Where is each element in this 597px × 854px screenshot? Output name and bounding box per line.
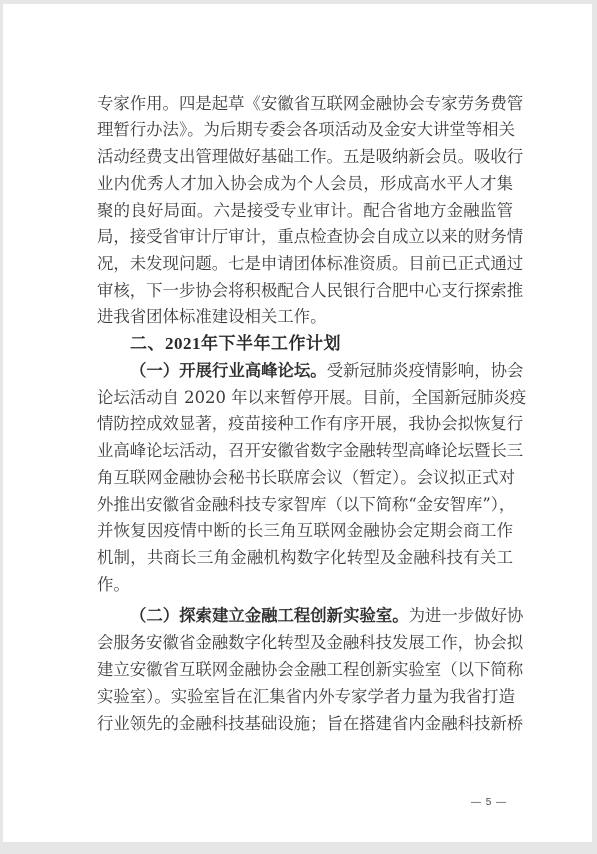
section-heading: 二、2021年下半年工作计划 — [130, 332, 513, 356]
subsection-heading: （一）开展行业高峰论坛。 — [130, 361, 327, 380]
text-line: 行业领先的金融科技基础设施；旨在搭建省内金融科技新桥 — [97, 712, 513, 736]
text-span: 受新冠肺炎疫情影响，协会 — [327, 361, 524, 380]
text-line: 局，接受省审计厅审计，重点检查协会自成立以来的财务情 — [97, 225, 513, 249]
text-line: 作。 — [97, 573, 513, 597]
text-span: 为进一步做好协 — [409, 606, 524, 625]
subsection-heading: （二）探索建立金融工程创新实验室。 — [130, 606, 409, 625]
text-line: 角互联网金融协会秘书长联席会议（暂定）。会议拟正式对 — [97, 466, 513, 490]
text-line: 外推出安徽省金融科技专家智库（以下简称“金安智库”）， — [97, 493, 513, 517]
text-line: 论坛活动自 2020 年以来暂停开展。目前，全国新冠肺炎疫 — [97, 386, 513, 410]
text-line: 理暂行办法》。为后期专委会各项活动及金安大讲堂等相关 — [97, 118, 513, 142]
page-number: — 5 — — [471, 797, 507, 808]
text-line: 聚的良好局面。六是接受专业审计。配合省地方金融监管 — [97, 199, 513, 223]
text-line: 专家作用。四是起草《安徽省互联网金融协会专家劳务费管 — [97, 92, 513, 116]
text-line: 业高峰论坛活动，召开安徽省数字金融转型高峰论坛暨长三 — [97, 439, 513, 463]
subsection-first-line: （二）探索建立金融工程创新实验室。为进一步做好协 — [130, 604, 513, 628]
text-line: 会服务安徽省金融数字化转型及金融科技发展工作，协会拟 — [97, 631, 513, 655]
text-line: 活动经费支出管理做好基础工作。五是吸纳新会员。吸收行 — [97, 145, 513, 169]
text-line: 机制，共商长三角金融机构数字化转型及金融科技有关工 — [97, 546, 513, 570]
text-line: 况，未发现问题。七是申请团体标准资质。目前已正式通过 — [97, 252, 513, 276]
text-line: 实验室）。实验室旨在汇集省内外专家学者力量为我省打造 — [97, 685, 513, 709]
text-line: 建立安徽省互联网金融协会金融工程创新实验室（以下简称 — [97, 658, 513, 682]
text-line: 并恢复因疫情中断的长三角互联网金融协会定期会商工作 — [97, 519, 513, 543]
text-line: 业内优秀人才加入协会成为个人会员，形成高水平人才集 — [97, 172, 513, 196]
text-line: 审核，下一步协会将积极配合人民银行合肥中心支行探索推 — [97, 279, 513, 303]
document-page: 专家作用。四是起草《安徽省互联网金融协会专家劳务费管 理暂行办法》。为后期专委会… — [3, 4, 592, 842]
subsection-first-line: （一）开展行业高峰论坛。受新冠肺炎疫情影响，协会 — [130, 359, 513, 383]
text-line: 进我省团体标准建设相关工作。 — [97, 305, 513, 329]
text-line: 情防控成效显著，疫苗接种工作有序开展，我协会拟恢复行 — [97, 412, 513, 436]
